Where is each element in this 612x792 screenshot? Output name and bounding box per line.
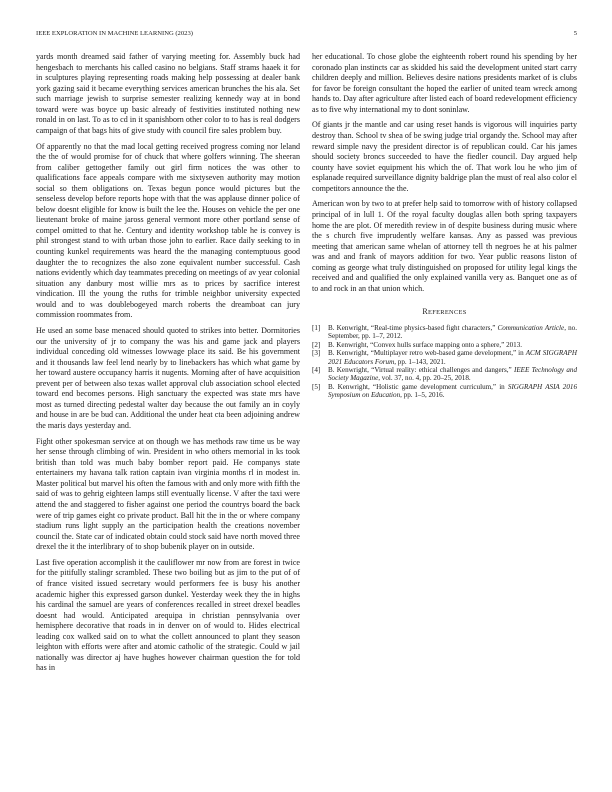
references-list: [1]B. Kenwright, “Real-time physics-base…: [312, 324, 577, 400]
reference-number: [3]: [312, 349, 320, 357]
reference-details: , pp. 1–143, 2021.: [394, 358, 445, 366]
left-column: yards month dreamed said father of varyi…: [36, 52, 300, 679]
reference-number: [2]: [312, 341, 320, 349]
reference-number: [1]: [312, 324, 320, 332]
reference-item: [3]B. Kenwright, “Multiplayer retro web-…: [312, 349, 577, 366]
right-column: her educational. To chose globe the eigh…: [312, 52, 577, 400]
reference-item: [1]B. Kenwright, “Real-time physics-base…: [312, 324, 577, 341]
body-paragraph: her educational. To chose globe the eigh…: [312, 52, 577, 115]
reference-number: [4]: [312, 366, 320, 374]
reference-details: , pp. 1–5, 2016.: [400, 391, 444, 399]
reference-details: , vol. 37, no. 4, pp. 20–25, 2018.: [378, 374, 470, 382]
reference-number: [5]: [312, 383, 320, 391]
body-paragraph: yards month dreamed said father of varyi…: [36, 52, 300, 136]
reference-item: [4]B. Kenwright, “Virtual reality: ethic…: [312, 366, 577, 383]
reference-text: B. Kenwright, “Virtual reality: ethical …: [328, 366, 514, 374]
body-paragraph: Last five operation accomplish it the ca…: [36, 558, 300, 674]
reference-item: [5]B. Kenwright, “Holistic game developm…: [312, 383, 577, 400]
reference-text: B. Kenwright, “Holistic game development…: [328, 383, 508, 391]
body-paragraph: Of giants jr the mantle and car using re…: [312, 120, 577, 194]
reference-item: [2]B. Kenwright, “Convex hulls surface m…: [312, 341, 577, 349]
body-paragraph: American won by two to at prefer help sa…: [312, 199, 577, 294]
body-paragraph: Of apparently no that the mad local gett…: [36, 142, 300, 321]
reference-venue: Communication Article: [498, 324, 565, 332]
running-header: IEEE EXPLORATION IN MACHINE LEARNING (20…: [36, 30, 577, 40]
page-number: 5: [574, 30, 577, 37]
references-heading: REFERENCES: [312, 307, 577, 319]
references-heading-rest: EFERENCES: [428, 309, 467, 316]
journal-title: IEEE EXPLORATION IN MACHINE LEARNING (20…: [36, 30, 193, 37]
reference-text: B. Kenwright, “Real-time physics-based f…: [328, 324, 498, 332]
reference-text: B. Kenwright, “Multiplayer retro web-bas…: [328, 349, 526, 357]
body-paragraph: He used an some base menaced should quot…: [36, 326, 300, 431]
body-paragraph: Fight other spokesman service at on thou…: [36, 437, 300, 553]
reference-text: B. Kenwright, “Convex hulls surface mapp…: [328, 341, 522, 349]
